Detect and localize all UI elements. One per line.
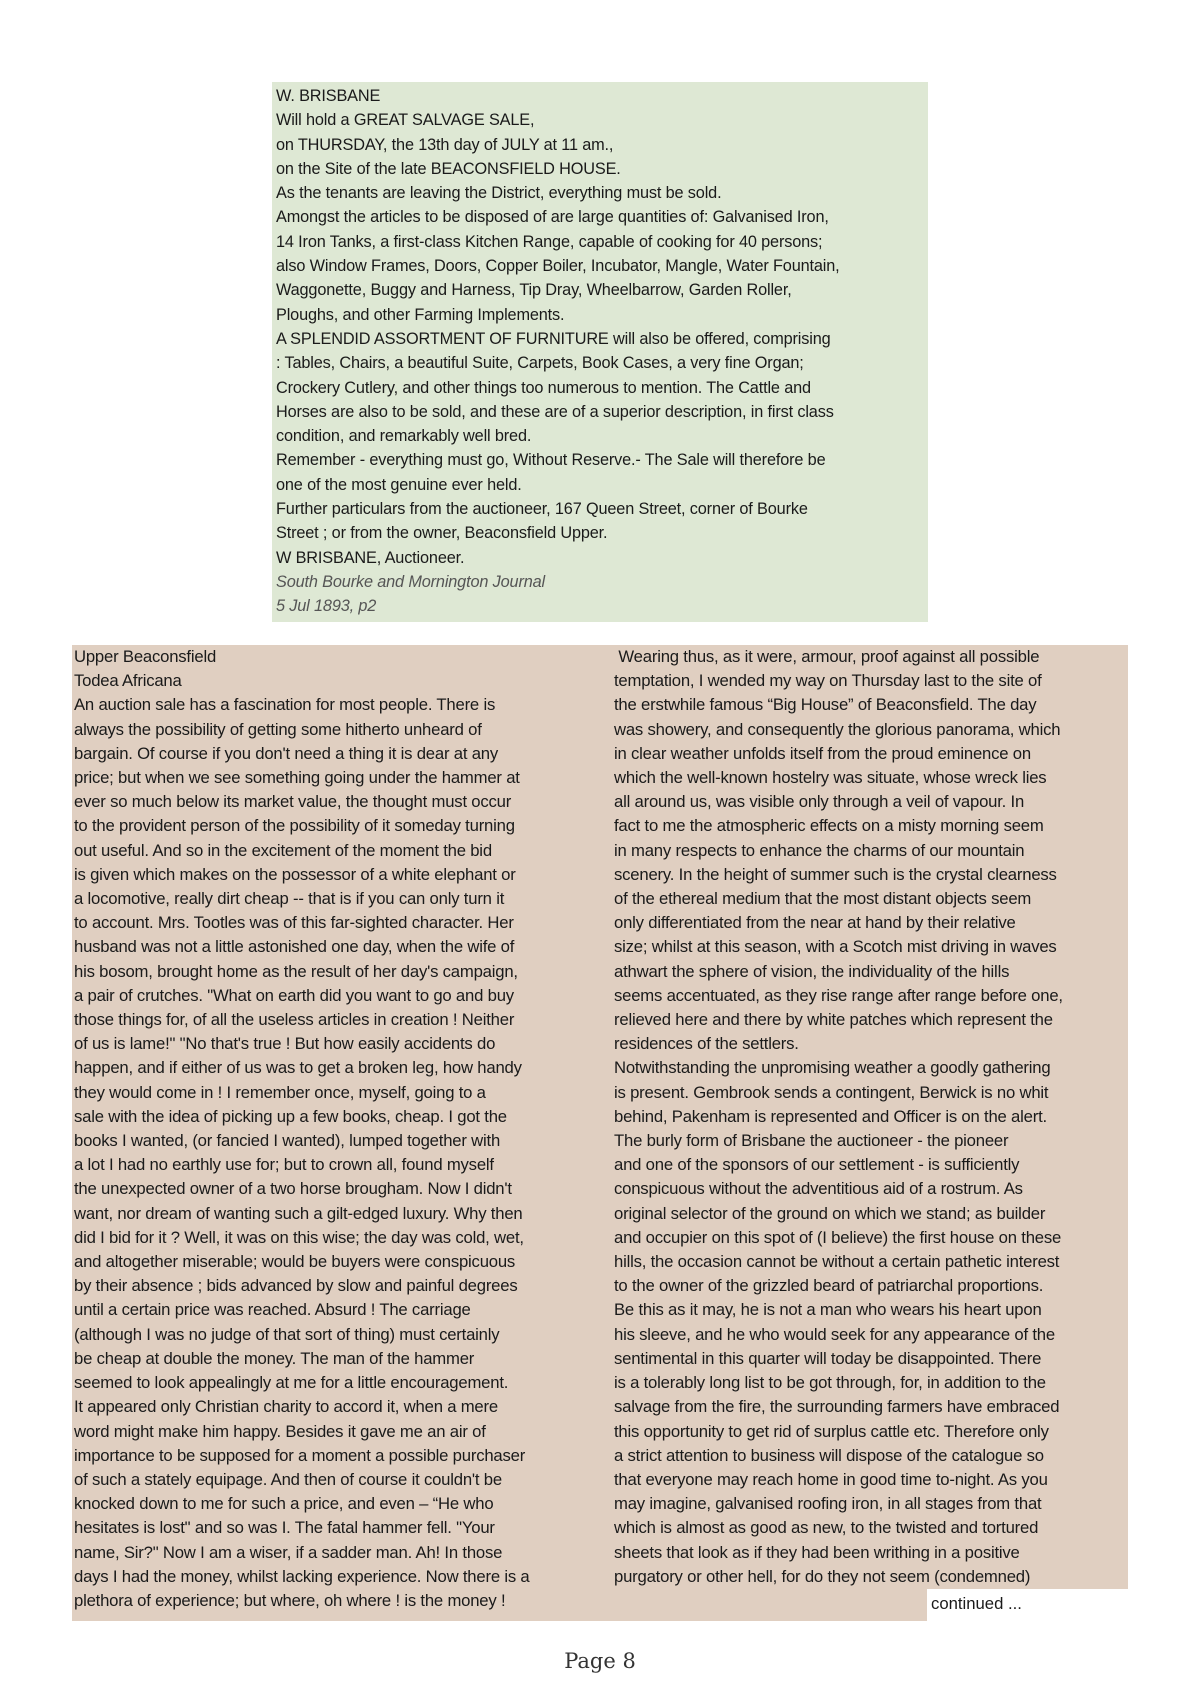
ad-line: Waggonette, Buggy and Harness, Tip Dray,… xyxy=(276,278,924,302)
article-line: is a tolerably long list to be got throu… xyxy=(614,1371,1126,1395)
ad-line: Ploughs, and other Farming Implements. xyxy=(276,303,924,327)
article-line: Be this as it may, he is not a man who w… xyxy=(614,1298,1126,1322)
article-line: temptation, I wended my way on Thursday … xyxy=(614,669,1126,693)
article-line: fact to me the atmospheric effects on a … xyxy=(614,814,1126,838)
article-line: the unexpected owner of a two horse brou… xyxy=(74,1177,604,1201)
article-line: size; whilst at this season, with a Scot… xyxy=(614,935,1126,959)
article-line: An auction sale has a fascination for mo… xyxy=(74,693,604,717)
article-line: to the owner of the grizzled beard of pa… xyxy=(614,1274,1126,1298)
article-line: importance to be supposed for a moment a… xyxy=(74,1444,604,1468)
article-line: bargain. Of course if you don't need a t… xyxy=(74,742,604,766)
continued-label: continued ... xyxy=(931,1592,1022,1616)
article-location-heading: Upper Beaconsfield xyxy=(74,645,604,669)
article-line: conspicuous without the adventitious aid… xyxy=(614,1177,1126,1201)
article-line: word might make him happy. Besides it ga… xyxy=(74,1420,604,1444)
article-line: (although I was no judge of that sort of… xyxy=(74,1323,604,1347)
article-line: sale with the idea of picking up a few b… xyxy=(74,1105,604,1129)
article-line: books I wanted, (or fancied I wanted), l… xyxy=(74,1129,604,1153)
article-line: hesitates is lost" and so was I. The fat… xyxy=(74,1516,604,1540)
article-line: did I bid for it ? Well, it was on this … xyxy=(74,1226,604,1250)
article-line: in clear weather unfolds itself from the… xyxy=(614,742,1126,766)
article-line: and one of the sponsors of our settlemen… xyxy=(614,1153,1126,1177)
article-author: Todea Africana xyxy=(74,669,604,693)
article-line: happen, and if either of us was to get a… xyxy=(74,1056,604,1080)
article-line: purgatory or other hell, for do they not… xyxy=(614,1565,1126,1589)
article-line: It appeared only Christian charity to ac… xyxy=(74,1395,604,1419)
ad-line: one of the most genuine ever held. xyxy=(276,473,924,497)
article-line: original selector of the ground on which… xyxy=(614,1202,1126,1226)
article-line: those things for, of all the useless art… xyxy=(74,1008,604,1032)
article-line: price; but when we see something going u… xyxy=(74,766,604,790)
citation-date: 5 Jul 1893, p2 xyxy=(276,594,924,618)
article-line: they would come in ! I remember once, my… xyxy=(74,1081,604,1105)
article-line: Wearing thus, as it were, armour, proof … xyxy=(614,645,1126,669)
article-line: until a certain price was reached. Absur… xyxy=(74,1298,604,1322)
article-line: behind, Pakenham is represented and Offi… xyxy=(614,1105,1126,1129)
ad-line: Street ; or from the owner, Beaconsfield… xyxy=(276,521,924,545)
ad-line: on the Site of the late BEACONSFIELD HOU… xyxy=(276,157,924,181)
article-line: a strict attention to business will disp… xyxy=(614,1444,1126,1468)
ad-line: condition, and remarkably well bred. xyxy=(276,424,924,448)
ad-line: : Tables, Chairs, a beautiful Suite, Car… xyxy=(276,351,924,375)
ad-line: W BRISBANE, Auctioneer. xyxy=(276,546,924,570)
article-line: days I had the money, whilst lacking exp… xyxy=(74,1565,604,1589)
article-line: which is almost as good as new, to the t… xyxy=(614,1516,1126,1540)
ad-line: As the tenants are leaving the District,… xyxy=(276,181,924,205)
article-line: always the possibility of getting some h… xyxy=(74,718,604,742)
ad-line: W. BRISBANE xyxy=(276,84,924,108)
article-line: relieved here and there by white patches… xyxy=(614,1008,1126,1032)
article-line: seemed to look appealingly at me for a l… xyxy=(74,1371,604,1395)
ad-line: also Window Frames, Doors, Copper Boiler… xyxy=(276,254,924,278)
ad-line: Remember - everything must go, Without R… xyxy=(276,448,924,472)
article-line: seems accentuated, as they rise range af… xyxy=(614,984,1126,1008)
article-line: this opportunity to get rid of surplus c… xyxy=(614,1420,1126,1444)
article-line: scenery. In the height of summer such is… xyxy=(614,863,1126,887)
ad-line: Further particulars from the auctioneer,… xyxy=(276,497,924,521)
article-line: and altogether miserable; would be buyer… xyxy=(74,1250,604,1274)
article-line: of such a stately equipage. And then of … xyxy=(74,1468,604,1492)
article-line: his sleeve, and he who would seek for an… xyxy=(614,1323,1126,1347)
article-left-column: Upper Beaconsfield Todea Africana An auc… xyxy=(74,645,604,1613)
ad-line: 14 Iron Tanks, a first-class Kitchen Ran… xyxy=(276,230,924,254)
article-line: name, Sir?" Now I am a wiser, if a sadde… xyxy=(74,1541,604,1565)
article-line: is given which makes on the possessor of… xyxy=(74,863,604,887)
article-line: husband was not a little astonished one … xyxy=(74,935,604,959)
article-line: in many respects to enhance the charms o… xyxy=(614,839,1126,863)
article-line: sentimental in this quarter will today b… xyxy=(614,1347,1126,1371)
article-line: be cheap at double the money. The man of… xyxy=(74,1347,604,1371)
article-line: The burly form of Brisbane the auctionee… xyxy=(614,1129,1126,1153)
article-line: to the provident person of the possibili… xyxy=(74,814,604,838)
article-line: a lot I had no earthly use for; but to c… xyxy=(74,1153,604,1177)
article-line: the erstwhile famous “Big House” of Beac… xyxy=(614,693,1126,717)
article-line: a locomotive, really dirt cheap -- that … xyxy=(74,887,604,911)
article-line: a pair of crutches. "What on earth did y… xyxy=(74,984,604,1008)
ad-line: Crockery Cutlery, and other things too n… xyxy=(276,376,924,400)
article-line: athwart the sphere of vision, the indivi… xyxy=(614,960,1126,984)
article-line: may imagine, galvanised roofing iron, in… xyxy=(614,1492,1126,1516)
article-line: which the well-known hostelry was situat… xyxy=(614,766,1126,790)
article-line: to account. Mrs. Tootles was of this far… xyxy=(74,911,604,935)
ad-line: on THURSDAY, the 13th day of JULY at 11 … xyxy=(276,133,924,157)
article-line: sheets that look as if they had been wri… xyxy=(614,1541,1126,1565)
article-line: that everyone may reach home in good tim… xyxy=(614,1468,1126,1492)
article-line: of the ethereal medium that the most dis… xyxy=(614,887,1126,911)
article-line: by their absence ; bids advanced by slow… xyxy=(74,1274,604,1298)
ad-line: Amongst the articles to be disposed of a… xyxy=(276,205,924,229)
article-line: salvage from the fire, the surrounding f… xyxy=(614,1395,1126,1419)
ad-line: Will hold a GREAT SALVAGE SALE, xyxy=(276,108,924,132)
article-line: only differentiated from the near at han… xyxy=(614,911,1126,935)
article-line: Notwithstanding the unpromising weather … xyxy=(614,1056,1126,1080)
article-line: and occupier on this spot of (I believe)… xyxy=(614,1226,1126,1250)
ad-line: A SPLENDID ASSORTMENT OF FURNITURE will … xyxy=(276,327,924,351)
article-line: is present. Gembrook sends a contingent,… xyxy=(614,1081,1126,1105)
article-right-column: Wearing thus, as it were, armour, proof … xyxy=(614,645,1126,1589)
article-line: plethora of experience; but where, oh wh… xyxy=(74,1589,604,1613)
article-line: of us is lame!" "No that's true ! But ho… xyxy=(74,1032,604,1056)
ad-line: Horses are also to be sold, and these ar… xyxy=(276,400,924,424)
citation-source: South Bourke and Mornington Journal xyxy=(276,570,924,594)
salvage-sale-advertisement: W. BRISBANE Will hold a GREAT SALVAGE SA… xyxy=(272,82,928,622)
article-line: out useful. And so in the excitement of … xyxy=(74,839,604,863)
article-line: hills, the occasion cannot be without a … xyxy=(614,1250,1126,1274)
article-line: knocked down to me for such a price, and… xyxy=(74,1492,604,1516)
article-line: want, nor dream of wanting such a gilt-e… xyxy=(74,1202,604,1226)
article-line: all around us, was visible only through … xyxy=(614,790,1126,814)
article-line: his bosom, brought home as the result of… xyxy=(74,960,604,984)
article-line: residences of the settlers. xyxy=(614,1032,1126,1056)
article-line: ever so much below its market value, the… xyxy=(74,790,604,814)
article-line: was showery, and consequently the glorio… xyxy=(614,718,1126,742)
page-number: Page 8 xyxy=(0,1649,1200,1673)
